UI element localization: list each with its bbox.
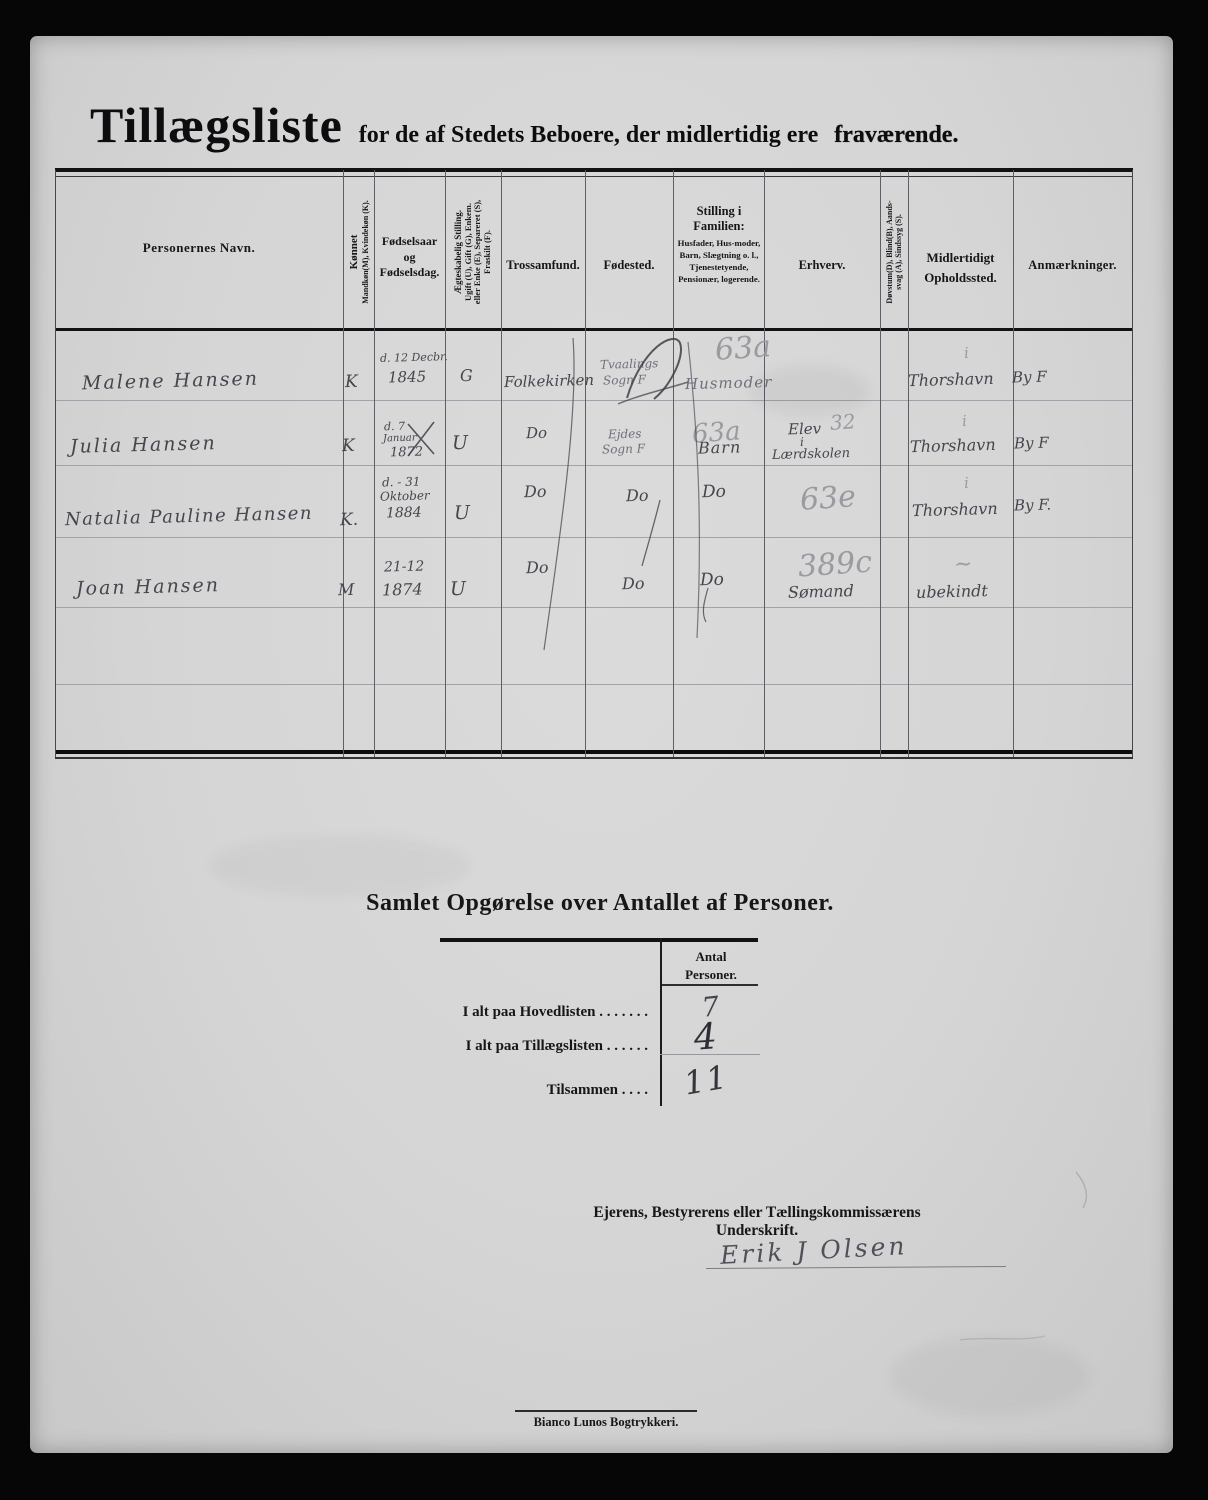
col-header-family-l1: Stilling i (675, 204, 763, 219)
row4-residence: ubekindt (916, 583, 988, 601)
row4-birth-l2: 1874 (382, 581, 423, 598)
col-header-birth-l1: Fødselsaar (374, 234, 445, 250)
row2-pencil-mark2: 32 (829, 411, 856, 433)
row1-residence-mark: i (963, 346, 969, 361)
summary-value-tilsammen: 11 (682, 1060, 732, 1099)
summary-header-underline (662, 984, 758, 986)
col-header-birth: Fødselsaar og Fødselsdag. (374, 234, 445, 281)
row1-family: Husmoder (685, 375, 773, 392)
footer-rule (515, 1410, 697, 1412)
header-bottom-rule (55, 328, 1133, 331)
row1-remarks: By F (1012, 370, 1047, 386)
table-right-border (1132, 170, 1133, 757)
row4-birthplace: Do (622, 576, 645, 593)
row3-residence: Thorshavn (912, 501, 998, 519)
row4-residence-mark: ~ (953, 553, 973, 576)
row2-sex: K (342, 438, 355, 455)
form-subtitle-emphasis: fraværende. (834, 123, 958, 147)
column-divider (445, 170, 446, 757)
row4-pencil-mark: 389c (797, 547, 873, 582)
table-top-rule-thin (55, 176, 1133, 177)
row1-birthplace-l2: Sogn F (603, 373, 646, 386)
col-header-residence-l1: Midlertidigt (908, 248, 1013, 268)
row2-pencil-mark: 63a (691, 418, 741, 447)
col-header-health: Døvstum(D), Blind(B), Aands- svag (A), S… (881, 177, 907, 327)
row2-residence: Thorshavn (910, 437, 996, 455)
summary-label-hovedlisten: I alt paa Hovedlisten (463, 1004, 596, 1020)
summary-top-rule (440, 938, 758, 942)
row-divider (55, 537, 1133, 538)
col-header-family-l2: Familien: (675, 219, 763, 234)
row3-family: Do (702, 484, 726, 502)
row3-pencil-mark: 63e (799, 482, 857, 516)
row1-residence: Thorshavn (908, 371, 994, 389)
summary-title: Samlet Opgørelse over Antallet af Person… (310, 890, 890, 917)
summary-dots: . . . . . . (607, 1038, 648, 1054)
row1-birth-l1: d. 12 Decbr. (380, 351, 448, 364)
form-subtitle: for de af Stedets Beboere, der midlertid… (359, 123, 818, 147)
row-divider (55, 607, 1133, 608)
row1-religion: Folkekirken (504, 373, 594, 390)
row3-birth-l3: 1884 (386, 506, 422, 521)
row2-birth-l2: Januar (383, 434, 417, 445)
summary-row-label: I alt paa Tillægslisten . . . . . . (400, 1038, 648, 1055)
row4-family: Do (700, 572, 724, 590)
col-header-family: Stilling i Familien: Husfader, Hus-moder… (675, 204, 763, 286)
row2-residence-mark: i (961, 414, 967, 429)
summary-col-header-l1: Antal (662, 948, 760, 966)
row1-sex: K (345, 374, 358, 391)
row-divider (55, 465, 1133, 466)
summary-label-tillaegslisten: I alt paa Tillægslisten (466, 1038, 603, 1054)
row2-birth-l1: d. 7 (384, 421, 405, 433)
row3-name: Natalia Pauline Hansen (65, 505, 313, 529)
row3-residence-mark: i (963, 476, 969, 491)
table-left-border (55, 170, 56, 757)
row3-marital: U (454, 504, 471, 523)
summary-dots: . . . . (622, 1082, 648, 1098)
summary-col-header-l2: Personer. (662, 966, 760, 984)
printer-imprint: Bianco Lunos Bogtrykkeri. (506, 1415, 706, 1430)
table-bottom-rule-thin (55, 757, 1133, 759)
col-header-marital-l1: Ægteskabelig Stilling. (453, 210, 463, 294)
col-header-residence-l2: Opholdssted. (908, 268, 1013, 288)
column-divider (673, 170, 674, 757)
col-header-marital-l4: Fraskilt (F). (483, 230, 493, 274)
summary-mid-rule (660, 1054, 760, 1055)
row2-remarks: By F (1014, 436, 1049, 452)
col-header-family-detail: Husfader, Hus-moder, Barn, Slægtning o. … (675, 238, 763, 286)
row4-religion: Do (526, 560, 549, 577)
summary-value-tillaegslisten: 4 (693, 1019, 718, 1057)
form-title: Tillægsliste (90, 100, 343, 150)
col-header-religion: Trossamfund. (501, 258, 585, 273)
scan-background: Tillægsliste for de af Stedets Beboere, … (0, 0, 1208, 1500)
col-header-birth-l3: Fødselsdag. (374, 265, 445, 281)
table-top-rule-thick (55, 168, 1133, 172)
row1-marital: G (460, 368, 473, 384)
table-bottom-rule-thick (55, 750, 1133, 754)
row3-sex: K. (340, 512, 359, 529)
row2-marital: U (452, 434, 469, 453)
col-header-health-l1: Døvstum(D), Blind(B), Aands- (885, 200, 894, 303)
row3-remarks: By F. (1014, 498, 1051, 514)
row4-name: Joan Hansen (76, 576, 220, 599)
row2-name: Julia Hansen (70, 434, 217, 457)
col-header-birthplace: Fødested. (585, 258, 673, 273)
row2-religion: Do (526, 426, 547, 442)
col-header-name: Personernes Navn. (55, 240, 343, 256)
form-title-row: Tillægsliste for de af Stedets Beboere, … (90, 100, 958, 150)
row2-occupation-l1: Elev (788, 422, 821, 438)
row3-birth-l2: Oktober (380, 489, 430, 502)
paper-smudge (890, 1336, 1090, 1416)
col-header-health-l2: svag (A), Sindssyg (S). (894, 214, 903, 290)
summary-dots: . . . . . . . (599, 1004, 648, 1020)
summary-label-tilsammen: Tilsammen (547, 1082, 618, 1098)
row4-birth-l1: 21-12 (384, 559, 425, 574)
row1-birth-l2: 1845 (388, 370, 427, 386)
row1-pencil-mark: 63a (714, 332, 772, 366)
summary-row-label: Tilsammen . . . . (400, 1082, 648, 1099)
row2-birthplace-l1: Ejdes (608, 428, 642, 441)
row1-name: Malene Hansen (82, 370, 259, 394)
row2-birthplace-l2: Sogn F (602, 442, 645, 455)
col-header-occupation: Erhverv. (764, 258, 880, 273)
col-header-marital: Ægteskabelig Stilling. Ugift (U), Gift (… (447, 177, 499, 327)
row2-birth-l3: 1872 (390, 446, 423, 460)
col-header-remarks: Anmærkninger. (1013, 258, 1132, 273)
row4-sex: M (338, 582, 355, 598)
row-divider (55, 684, 1133, 685)
row3-birth-l1: d. - 31 (382, 475, 421, 488)
col-header-birth-l2: og (374, 250, 445, 266)
summary-row-label: I alt paa Hovedlisten . . . . . . . (400, 1004, 648, 1021)
row4-occupation: Sømand (788, 583, 854, 601)
row-divider (55, 400, 1133, 401)
col-header-sex: Kønnet Mandkøn(M), Kvindekøn (K). (344, 177, 374, 327)
paper-smudge (210, 836, 470, 896)
col-header-sex-codes: Mandkøn(M), Kvindekøn (K). (361, 200, 370, 304)
summary-col-header: Antal Personer. (662, 948, 760, 984)
row1-birthplace-l1: Tvaalings (600, 357, 659, 371)
row4-marital: U (450, 580, 467, 599)
row2-occupation-l3: Lærdskolen (772, 447, 850, 462)
row3-birthplace: Do (626, 488, 649, 505)
row3-religion: Do (524, 484, 547, 501)
census-form-sheet: Tillægsliste for de af Stedets Beboere, … (30, 36, 1173, 1453)
col-header-sex-title: Kønnet (348, 235, 361, 270)
col-header-residence: Midlertidigt Opholdssted. (908, 248, 1013, 287)
